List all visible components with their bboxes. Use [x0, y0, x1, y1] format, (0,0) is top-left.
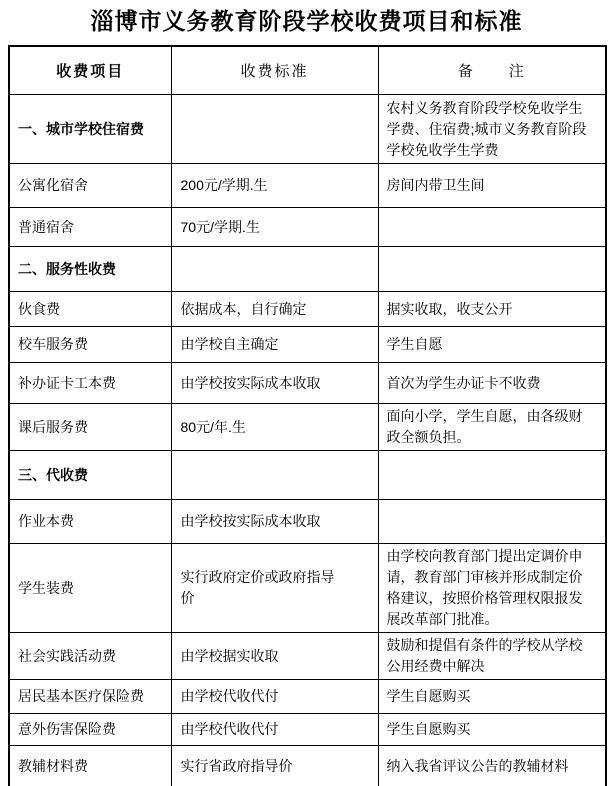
fee-table-body: 一、城市学校住宿费农村义务教育阶段学校免收学生学费、住宿费;城市义务教育阶段学校… [9, 95, 606, 786]
header-note: 备 注 [378, 46, 606, 95]
table-row: 教辅材料费实行省政府指导价纳入我省评议公告的教辅材料 [9, 746, 606, 786]
fee-standard-cell: 200元/学期.生 [171, 164, 378, 208]
fee-standard-cell: 70元/学期.生 [171, 208, 378, 247]
fee-item-cell: 普通宿舍 [9, 208, 171, 247]
fee-standard-cell: 由学校自主确定 [171, 327, 378, 363]
header-row: 收费项目 收费标准 备 注 [9, 46, 606, 95]
fee-standard-cell: 由学校据实收取 [171, 633, 378, 680]
fee-note-cell [378, 451, 606, 500]
fee-note-cell: 鼓励和提倡有条件的学校从学校公用经费中解决 [378, 633, 606, 680]
fee-standard-cell: 由学校代收代付 [171, 680, 378, 714]
fee-item-cell: 居民基本医疗保险费 [9, 680, 171, 714]
document-page: 淄博市义务教育阶段学校收费项目和标准 收费项目 收费标准 备 注 一、城市学校住… [0, 0, 613, 786]
fee-item-cell: 补办证卡工本费 [9, 363, 171, 404]
fee-note-cell: 纳入我省评议公告的教辅材料 [378, 746, 606, 786]
fee-table: 收费项目 收费标准 备 注 一、城市学校住宿费农村义务教育阶段学校免收学生学费、… [8, 45, 607, 786]
page-title: 淄博市义务教育阶段学校收费项目和标准 [0, 7, 613, 36]
fee-item-cell: 课后服务费 [9, 404, 171, 451]
fee-note-cell [378, 247, 606, 292]
fee-item-cell: 教辅材料费 [9, 746, 171, 786]
table-row: 作业本费由学校按实际成本收取 [9, 500, 606, 544]
fee-standard-cell [171, 451, 378, 500]
table-row: 三、代收费 [9, 451, 606, 500]
fee-standard-cell [171, 247, 378, 292]
table-row: 学生装费实行政府定价或政府指导价由学校向教育部门提出定调价申请，教育部门审核并形… [9, 544, 606, 633]
fee-standard-cell: 实行省政府指导价 [171, 746, 378, 786]
fee-note-cell: 面向小学，学生自愿，由各级财政全额负担。 [378, 404, 606, 451]
table-row: 一、城市学校住宿费农村义务教育阶段学校免收学生学费、住宿费;城市义务教育阶段学校… [9, 95, 606, 164]
fee-standard-cell [171, 95, 378, 164]
fee-item-cell: 二、服务性收费 [9, 247, 171, 292]
fee-standard-cell: 由学校按实际成本收取 [171, 500, 378, 544]
fee-note-cell: 学生自愿购买 [378, 680, 606, 714]
fee-item-cell: 三、代收费 [9, 451, 171, 500]
table-row: 伙食费依据成本，自行确定据实收取，收支公开 [9, 292, 606, 327]
fee-note-cell: 房间内带卫生间 [378, 164, 606, 208]
fee-table-header: 收费项目 收费标准 备 注 [9, 46, 606, 95]
fee-note-cell: 学生自愿 [378, 327, 606, 363]
fee-item-cell: 作业本费 [9, 500, 171, 544]
fee-note-cell: 据实收取，收支公开 [378, 292, 606, 327]
fee-item-cell: 伙食费 [9, 292, 171, 327]
fee-item-cell: 社会实践活动费 [9, 633, 171, 680]
fee-note-cell: 农村义务教育阶段学校免收学生学费、住宿费;城市义务教育阶段学校免收学生学费 [378, 95, 606, 164]
table-row: 补办证卡工本费由学校按实际成本收取首次为学生办证卡不收费 [9, 363, 606, 404]
table-row: 普通宿舍70元/学期.生 [9, 208, 606, 247]
table-row: 二、服务性收费 [9, 247, 606, 292]
fee-note-cell: 学生自愿购买 [378, 714, 606, 746]
fee-item-cell: 学生装费 [9, 544, 171, 633]
header-fee-standard: 收费标准 [171, 46, 378, 95]
fee-standard-cell: 依据成本，自行确定 [171, 292, 378, 327]
table-row: 意外伤害保险费由学校代收代付学生自愿购买 [9, 714, 606, 746]
fee-item-cell: 一、城市学校住宿费 [9, 95, 171, 164]
fee-note-cell: 由学校向教育部门提出定调价申请，教育部门审核并形成制定价格建议，按照价格管理权限… [378, 544, 606, 633]
fee-note-cell: 首次为学生办证卡不收费 [378, 363, 606, 404]
table-row: 校车服务费由学校自主确定学生自愿 [9, 327, 606, 363]
fee-standard-cell: 由学校代收代付 [171, 714, 378, 746]
fee-note-cell [378, 500, 606, 544]
fee-item-cell: 意外伤害保险费 [9, 714, 171, 746]
fee-standard-cell: 实行政府定价或政府指导价 [171, 544, 378, 633]
fee-note-cell [378, 208, 606, 247]
table-row: 公寓化宿舍200元/学期.生房间内带卫生间 [9, 164, 606, 208]
table-row: 社会实践活动费由学校据实收取鼓励和提倡有条件的学校从学校公用经费中解决 [9, 633, 606, 680]
fee-standard-cell: 由学校按实际成本收取 [171, 363, 378, 404]
table-row: 课后服务费80元/年.生面向小学，学生自愿，由各级财政全额负担。 [9, 404, 606, 451]
fee-item-cell: 公寓化宿舍 [9, 164, 171, 208]
table-row: 居民基本医疗保险费由学校代收代付学生自愿购买 [9, 680, 606, 714]
header-fee-item: 收费项目 [9, 46, 171, 95]
fee-item-cell: 校车服务费 [9, 327, 171, 363]
fee-standard-cell: 80元/年.生 [171, 404, 378, 451]
